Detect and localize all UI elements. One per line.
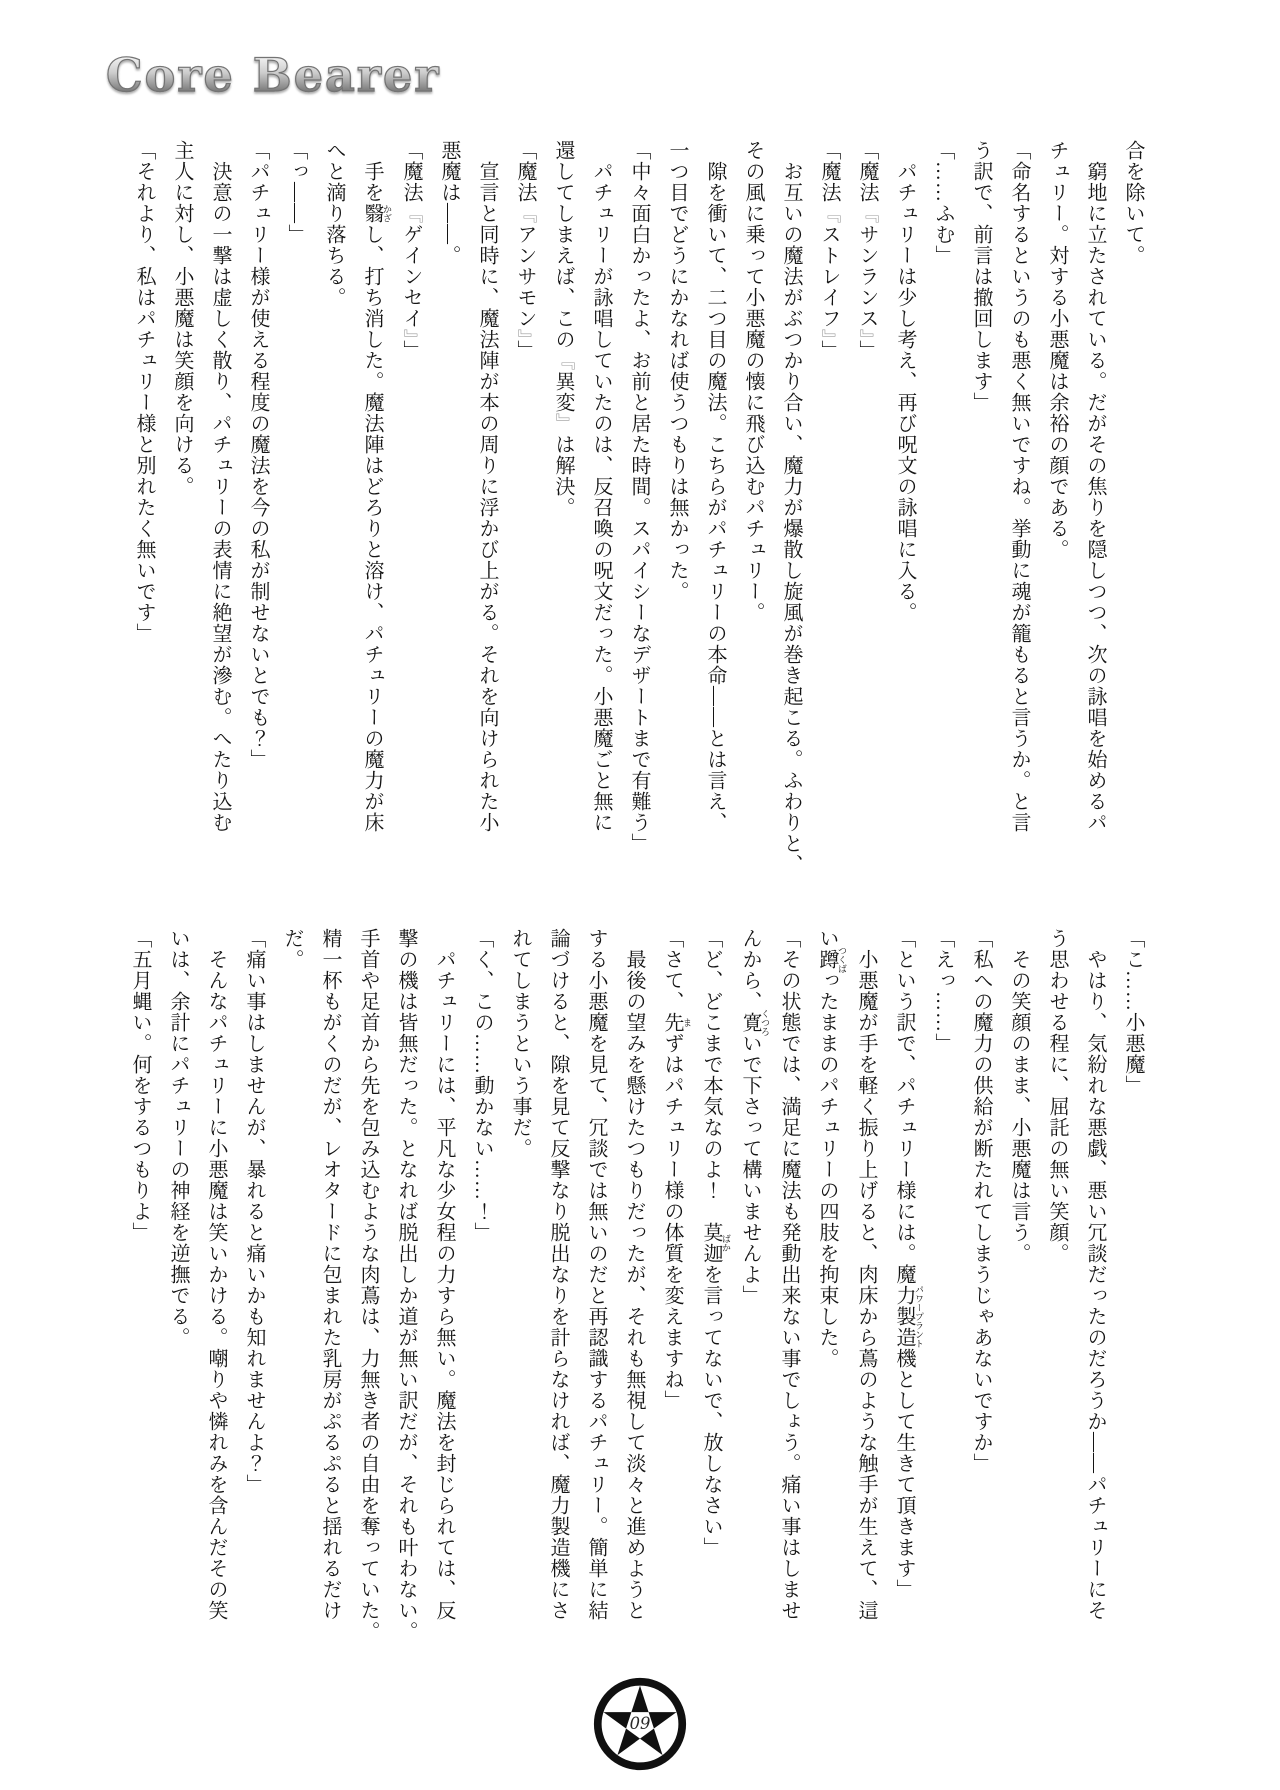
text-line: 合を除いて。 [1114,140,1152,885]
text-line: 宣言と同時に、魔法陣が本の周りに浮かび上がる。それを向けられた小 [468,140,506,885]
text-line: する小悪魔を見て、冗談では無いのだと再認識するパチュリー。簡単に結 [577,928,615,1673]
text-line: 「という訳で、パチュリー様には。魔力製造機パワープラントとして生きて頂きます」 [885,928,924,1673]
text-line: 「その状態では、満足に魔法も発動出来ない事でしょう。痛い事はしませ [770,928,808,1673]
text-line: 論づけると、隙を見て反撃なり脱出なりを計らなければ、魔力製造機にさ [539,928,577,1673]
text-line: 還してしまえば、この『異変』は解決。 [544,140,582,885]
text-line: 「中々面白かったよ、お前と居た時間。スパイシーなデザートまで有難う」 [620,140,658,885]
text-line: 「それより、私はパチュリー様と別れたく無いです」 [125,140,163,885]
novel-page: Core Bearer 合を除いて。 窮地に立たされている。だがその焦りを隠しつ… [0,0,1280,1790]
text-line: 主人に対し、小悪魔は笑顔を向ける。 [163,140,201,885]
upper-text-block: 合を除いて。 窮地に立たされている。だがその焦りを隠しつつ、次の詠唱を始めるパチ… [125,140,1152,885]
text-line: パチュリーには、平凡な少女程の力すら無い。魔法を封じられては、反 [425,928,463,1673]
text-line: チュリー。対する小悪魔は余裕の顔である。 [1038,140,1076,885]
text-line: 精一杯もがくのだが、レオタードに包まれた乳房がぷるぷると揺れるだけ [311,928,349,1673]
text-line: お互いの魔法がぶつかり合い、魔力が爆散し旋風が巻き起こる。ふわりと、 [772,140,810,885]
text-line: 「魔法『ストレイフ』」 [810,140,848,885]
text-line: 「五月蝿い。何をするつもりよ」 [121,928,159,1673]
text-line: へと滴り落ちる。 [315,140,353,885]
text-line: 一つ目でどうにかなれば使うつもりは無かった。 [658,140,696,885]
text-line: い蹲つくばったままのパチュリーの四肢を拘束した。 [808,928,847,1673]
text-line: う思わせる程に、屈託の無い笑顔。 [1038,928,1076,1673]
text-line: う訳で、前言は撤回します」 [962,140,1000,885]
star-icon: 09 [592,1676,688,1772]
text-line: その笑顔のまま、小悪魔は言う。 [1000,928,1038,1673]
text-line: その風に乗って小悪魔の懐に飛び込むパチュリー。 [734,140,772,885]
text-line: 「私への魔力の供給が断たれてしまうじゃあないですか」 [962,928,1000,1673]
text-line: 「ど、どこまで本気なのよ！ 莫迦ばかを言ってないで、放しなさい」 [692,928,731,1673]
text-line: れてしまうという事だ。 [501,928,539,1673]
text-line: そんなパチュリーに小悪魔は笑いかける。嘲りや憐れみを含んだその笑 [197,928,235,1673]
text-line: 撃の機は皆無だった。となれば脱出しか道が無い訳だが、それも叶わない。 [387,928,425,1673]
lower-text-block: 「こ……小悪魔」 やはり、気紛れな悪戯、悪い冗談だったのだろうか——パチュリーに… [121,928,1152,1673]
text-line: 最後の望みを懸けたつもりだったが、それも無視して淡々と進めようと [615,928,653,1673]
text-line: 「っ——」 [277,140,315,885]
text-line: 手首や足首から先を包み込むような肉蔦は、力無き者の自由を奪っていた。 [349,928,387,1673]
text-line: 「魔法『サンランス』」 [848,140,886,885]
text-line: 手を翳かざし、打ち消した。魔法陣はどろりと溶け、パチュリーの魔力が床 [353,140,392,885]
text-line: 「く、この……動かない……！」 [463,928,501,1673]
text-line: 窮地に立たされている。だがその焦りを隠しつつ、次の詠唱を始めるパ [1076,140,1114,885]
text-line: 「こ……小悪魔」 [1114,928,1152,1673]
text-line: パチュリーが詠唱していたのは、反召喚の呪文だった。小悪魔ごと無に [582,140,620,885]
text-line: 「……ふむ」 [924,140,962,885]
text-line: いは、余計にパチュリーの神経を逆撫でる。 [159,928,197,1673]
text-line: 「痛い事はしませんが、暴れると痛いかも知れませんよ？」 [235,928,273,1673]
text-line: 悪魔は——。 [430,140,468,885]
book-title: Core Bearer [106,50,441,101]
text-line: 「魔法『ゲインセイ』」 [392,140,430,885]
text-line: んから、寛くつろいで下さって構いませんよ」 [731,928,770,1673]
text-line: 「えっ……」 [924,928,962,1673]
text-line: 「魔法『アンサモン』」 [506,140,544,885]
text-line: やはり、気紛れな悪戯、悪い冗談だったのだろうか——パチュリーにそ [1076,928,1114,1673]
text-line: 「さて、先まずはパチュリー様の体質を変えますね」 [653,928,692,1673]
text-line: パチュリーは少し考え、再び呪文の詠唱に入る。 [886,140,924,885]
text-line: 「パチュリー様が使える程度の魔法を今の私が制せないとでも？」 [239,140,277,885]
text-line: 「命名するというのも悪く無いですね。挙動に魂が籠もると言うか。と言 [1000,140,1038,885]
text-line: だ。 [273,928,311,1673]
text-line: 決意の一撃は虚しく散り、パチュリーの表情に絶望が滲む。へたり込む [201,140,239,885]
text-line: 隙を衝いて、二つ目の魔法。こちらがパチュリーの本命——とは言え、 [696,140,734,885]
page-number: 09 [630,1714,651,1733]
page-number-emblem: 09 [592,1676,688,1772]
text-line: 小悪魔が手を軽く振り上げると、肉床から蔦のような触手が生えて、這 [847,928,885,1673]
